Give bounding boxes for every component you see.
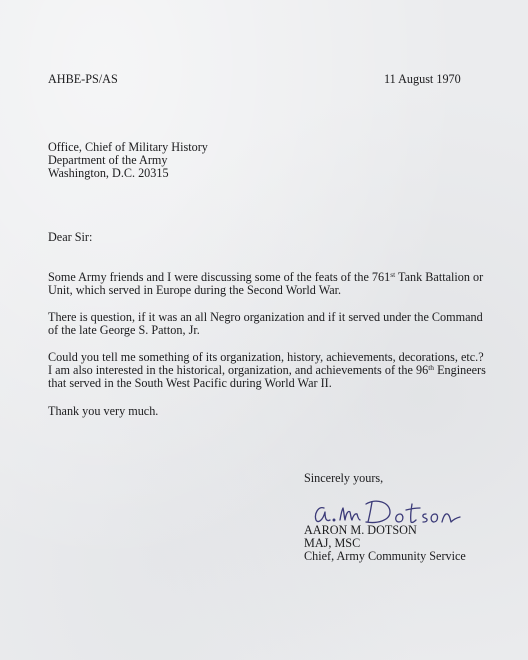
paragraph-2: There is question, if it was an all Negr… [48,311,483,337]
recipient-address: Office, Chief of Military History Depart… [48,141,208,181]
letter-page: AHBE-PS/AS 11 August 1970 Office, Chief … [0,0,528,660]
signatory-block: AARON M. DOTSON MAJ, MSC Chief, Army Com… [304,524,466,564]
paragraph-line: Unit, which served in Europe during the … [48,284,483,297]
text-run: Tank Battalion or [395,270,483,284]
letter-date: 11 August 1970 [384,73,461,86]
paragraph-1: Some Army friends and I were discussing … [48,271,483,297]
salutation: Dear Sir: [48,231,92,244]
address-line: Washington, D.C. 20315 [48,167,208,180]
reference-code: AHBE-PS/AS [48,73,118,86]
signatory-title: Chief, Army Community Service [304,550,466,563]
text-run: Engineers [434,363,486,377]
paragraph-line: that served in the South West Pacific du… [48,377,486,390]
paragraph-4: Thank you very much. [48,405,158,418]
paragraph-3: Could you tell me something of its organ… [48,351,486,391]
text-run: I am also interested in the historical, … [48,363,428,377]
paragraph-line: of the late George S. Patton, Jr. [48,324,483,337]
text-run: Some Army friends and I were discussing … [48,270,390,284]
closing: Sincerely yours, [304,472,383,485]
